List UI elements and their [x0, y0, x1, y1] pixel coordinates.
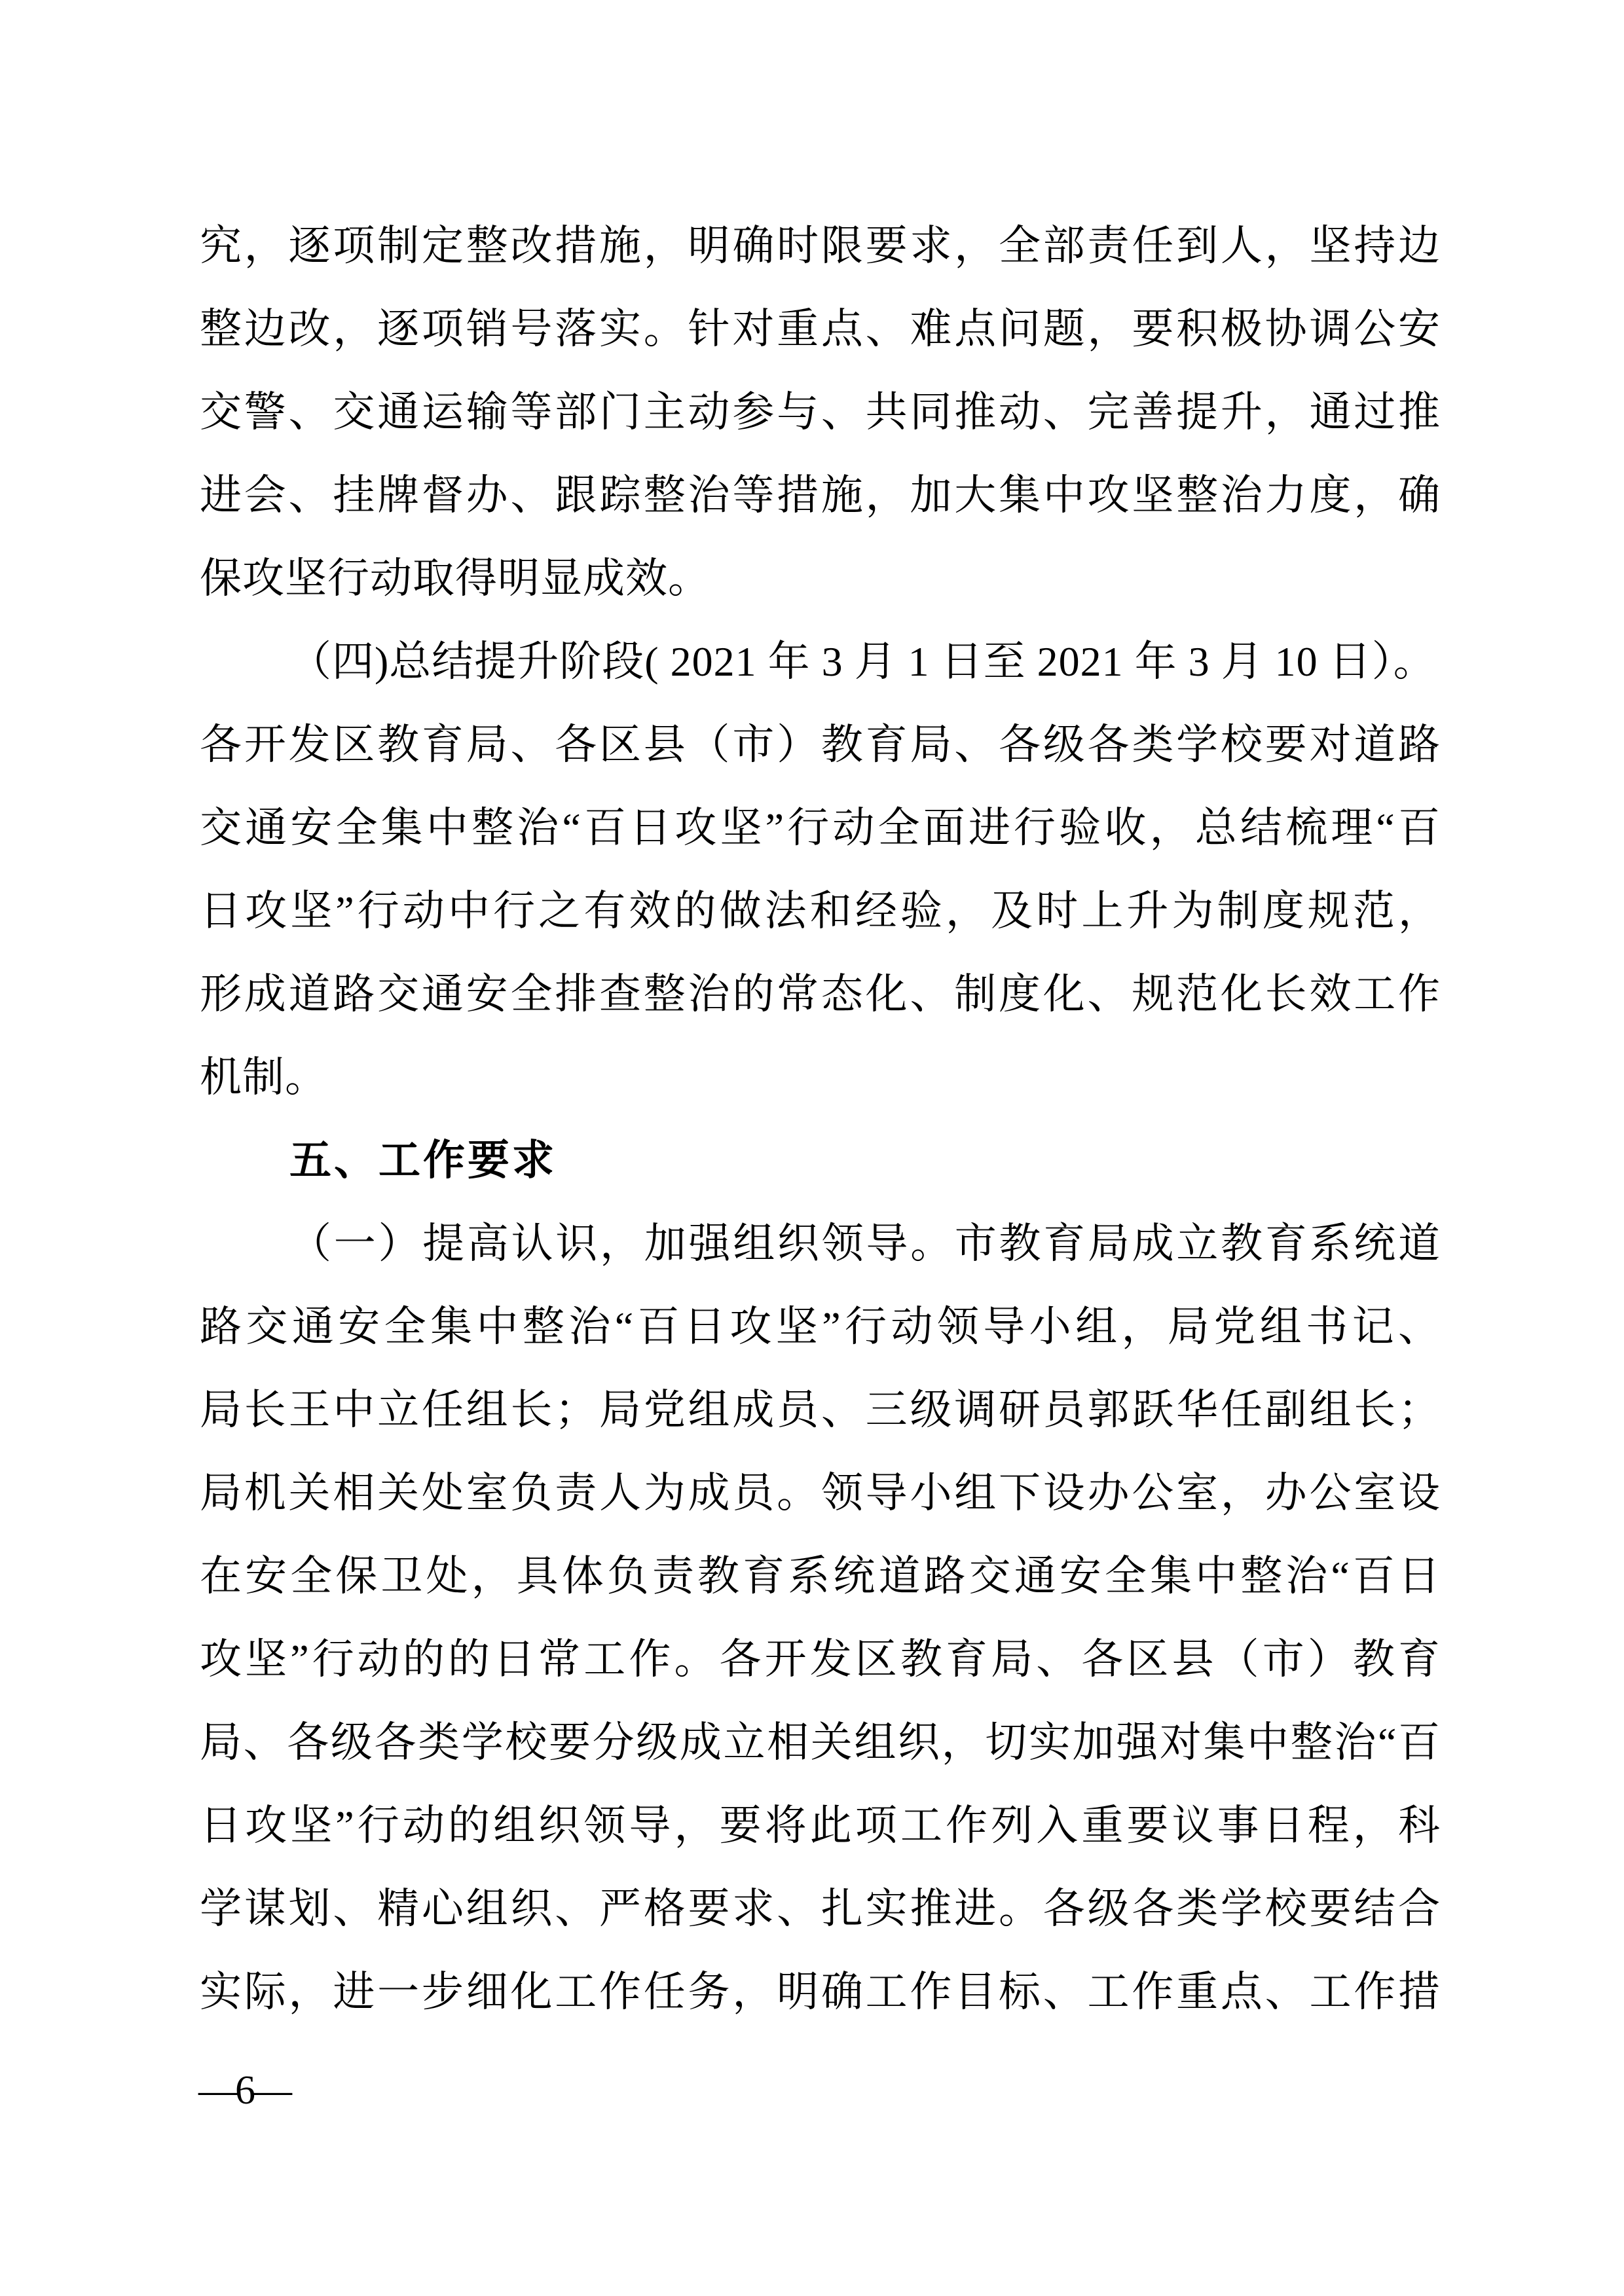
body-line: 交警、交通运输等部门主动参与、共同推动、完善提升，通过推 [200, 371, 1441, 454]
body-line: 各开发区教育局、各区县（市）教育局、各级各类学校要对道路 [200, 703, 1441, 786]
body-line: 局长王中立任组长；局党组成员、三级调研员郭跃华任副组长； [200, 1368, 1441, 1451]
body-line: 在安全保卫处，具体负责教育系统道路交通安全集中整治“百日 [200, 1535, 1441, 1618]
body-line: 整边改，逐项销号落实。针对重点、难点问题，要积极协调公安 [200, 287, 1441, 371]
body-line: 保攻坚行动取得明显成效。 [200, 537, 1441, 620]
body-line: 局、各级各类学校要分级成立相关组织，切实加强对集中整治“百 [200, 1701, 1441, 1784]
document-body-text: 究，逐项制定整改措施，明确时限要求，全部责任到人，坚持边整边改，逐项销号落实。针… [200, 204, 1441, 2033]
body-line: 进会、挂牌督办、跟踪整治等措施，加大集中攻坚整治力度，确 [200, 454, 1441, 537]
body-line: 交通安全集中整治“百日攻坚”行动全面进行验收，总结梳理“百 [200, 786, 1441, 869]
body-line: 路交通安全集中整治“百日攻坚”行动领导小组，局党组书记、 [200, 1285, 1441, 1368]
body-line: 局机关相关处室负责人为成员。领导小组下设办公室，办公室设 [200, 1451, 1441, 1535]
section-heading: 五、工作要求 [200, 1119, 1441, 1202]
body-line: 形成道路交通安全排查整治的常态化、制度化、规范化长效工作 [200, 953, 1441, 1036]
paragraph-lead-line: （四)总结提升阶段( 2021 年 3 月 1 日至 2021 年 3 月 10… [200, 620, 1441, 703]
body-line: 攻坚”行动的的日常工作。各开发区教育局、各区县（市）教育 [200, 1618, 1441, 1701]
body-line: 机制。 [200, 1036, 1441, 1119]
body-line: 日攻坚”行动的组织领导，要将此项工作列入重要议事日程，科 [200, 1784, 1441, 1867]
page-number: —6— [198, 2061, 288, 2120]
body-line: 日攻坚”行动中行之有效的做法和经验，及时上升为制度规范， [200, 869, 1441, 953]
document-page: 究，逐项制定整改措施，明确时限要求，全部责任到人，坚持边整边改，逐项销号落实。针… [0, 0, 1624, 2296]
paragraph-lead-line: （一）提高认识，加强组织领导。市教育局成立教育系统道 [200, 1202, 1441, 1285]
body-line: 实际，进一步细化工作任务，明确工作目标、工作重点、工作措 [200, 1950, 1441, 2033]
body-line: 究，逐项制定整改措施，明确时限要求，全部责任到人，坚持边 [200, 204, 1441, 287]
body-line: 学谋划、精心组织、严格要求、扎实推进。各级各类学校要结合 [200, 1867, 1441, 1950]
